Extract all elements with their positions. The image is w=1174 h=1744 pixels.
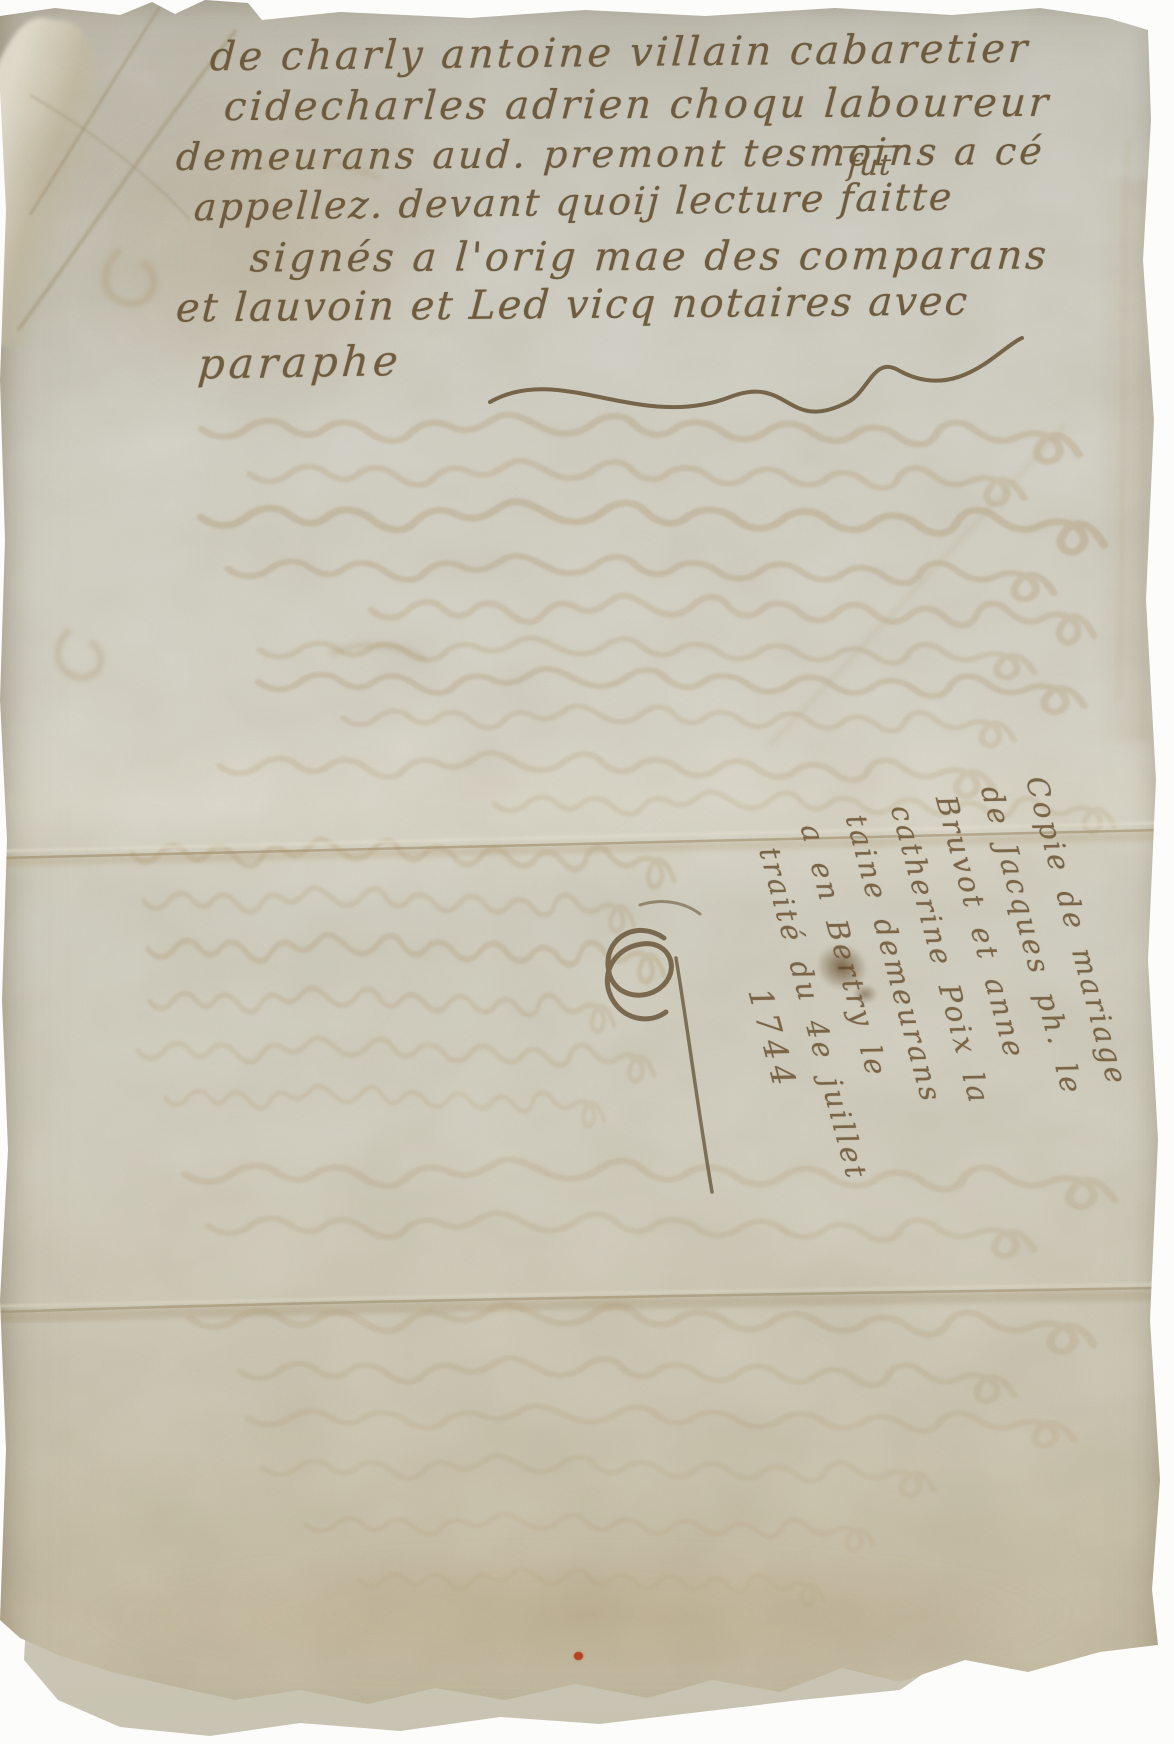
notary-paraph-flourish xyxy=(607,902,712,1192)
bleedthrough-band-middle xyxy=(132,840,674,1126)
bleedthrough-band-upper xyxy=(201,415,1114,832)
signature-flourish xyxy=(490,338,1022,412)
manuscript-line-1: de charly antoine villain cabaretier xyxy=(209,26,1032,81)
fold-crease-lower xyxy=(0,1284,1162,1318)
manuscript-line-4-text: appellez. devant quoij lecture faitte xyxy=(193,175,955,230)
interline-insertion-fut: fut xyxy=(841,145,903,182)
manuscript-line-4: appellez. devant quoij lecture faitte fu… xyxy=(193,175,955,230)
bottom-stain-band xyxy=(80,1545,1080,1685)
manuscript-line-6: et lauvoin et Led vicq notaires avec xyxy=(175,279,971,332)
paper-sheet: de charly antoine villain cabaretier cid… xyxy=(0,0,1174,1744)
red-wax-speck xyxy=(574,1652,583,1660)
manuscript-line-3: demeurans aud. premont tesmoins a cé xyxy=(175,129,1047,179)
scanned-manuscript-page: de charly antoine villain cabaretier cid… xyxy=(0,0,1174,1744)
manuscript-line-7: paraphe xyxy=(196,336,403,389)
minor-creases xyxy=(770,140,1128,745)
manuscript-line-2: cidecharles adrien choqu laboureur xyxy=(223,80,1053,130)
right-edge-stain xyxy=(1096,180,1150,740)
ink-blot-small xyxy=(852,984,878,1004)
manuscript-line-5: signés a l'orig mae des comparans xyxy=(248,233,1050,282)
rotated-docket-annotation: Copie de mariage de Jacques ph. le Bruvo… xyxy=(698,772,1174,1293)
